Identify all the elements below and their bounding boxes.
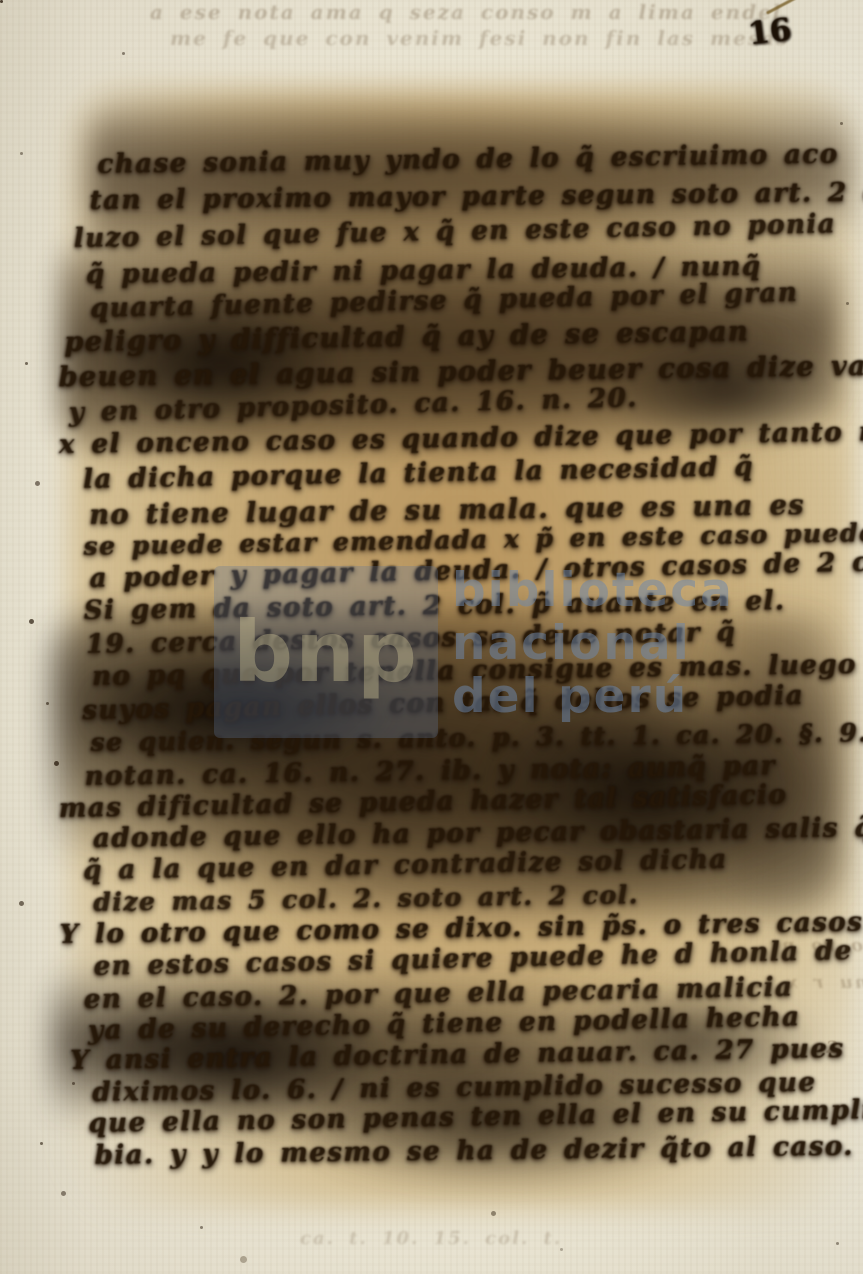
manuscript-text-block: chase sonia muy yndo de lo q̃ escriuimo …: [0, 0, 863, 1274]
manuscript-line: chase sonia muy yndo de lo q̃ escriuimo …: [97, 139, 839, 179]
manuscript-scan: a ese nota ama q seza conso m a lima end…: [0, 0, 863, 1274]
folio-number: 16: [746, 12, 793, 53]
ink-specks: [0, 0, 3, 3]
manuscript-line: luzo el sol que fue x q̃ en este caso no…: [74, 209, 837, 254]
manuscript-line: peligro y difficultad q̃ ay de se escapa…: [64, 316, 749, 358]
manuscript-line: beuen en el agua sin poder beuer cosa di…: [58, 351, 863, 393]
manuscript-line: la dicha porque la tienta la necesidad q…: [83, 452, 754, 495]
